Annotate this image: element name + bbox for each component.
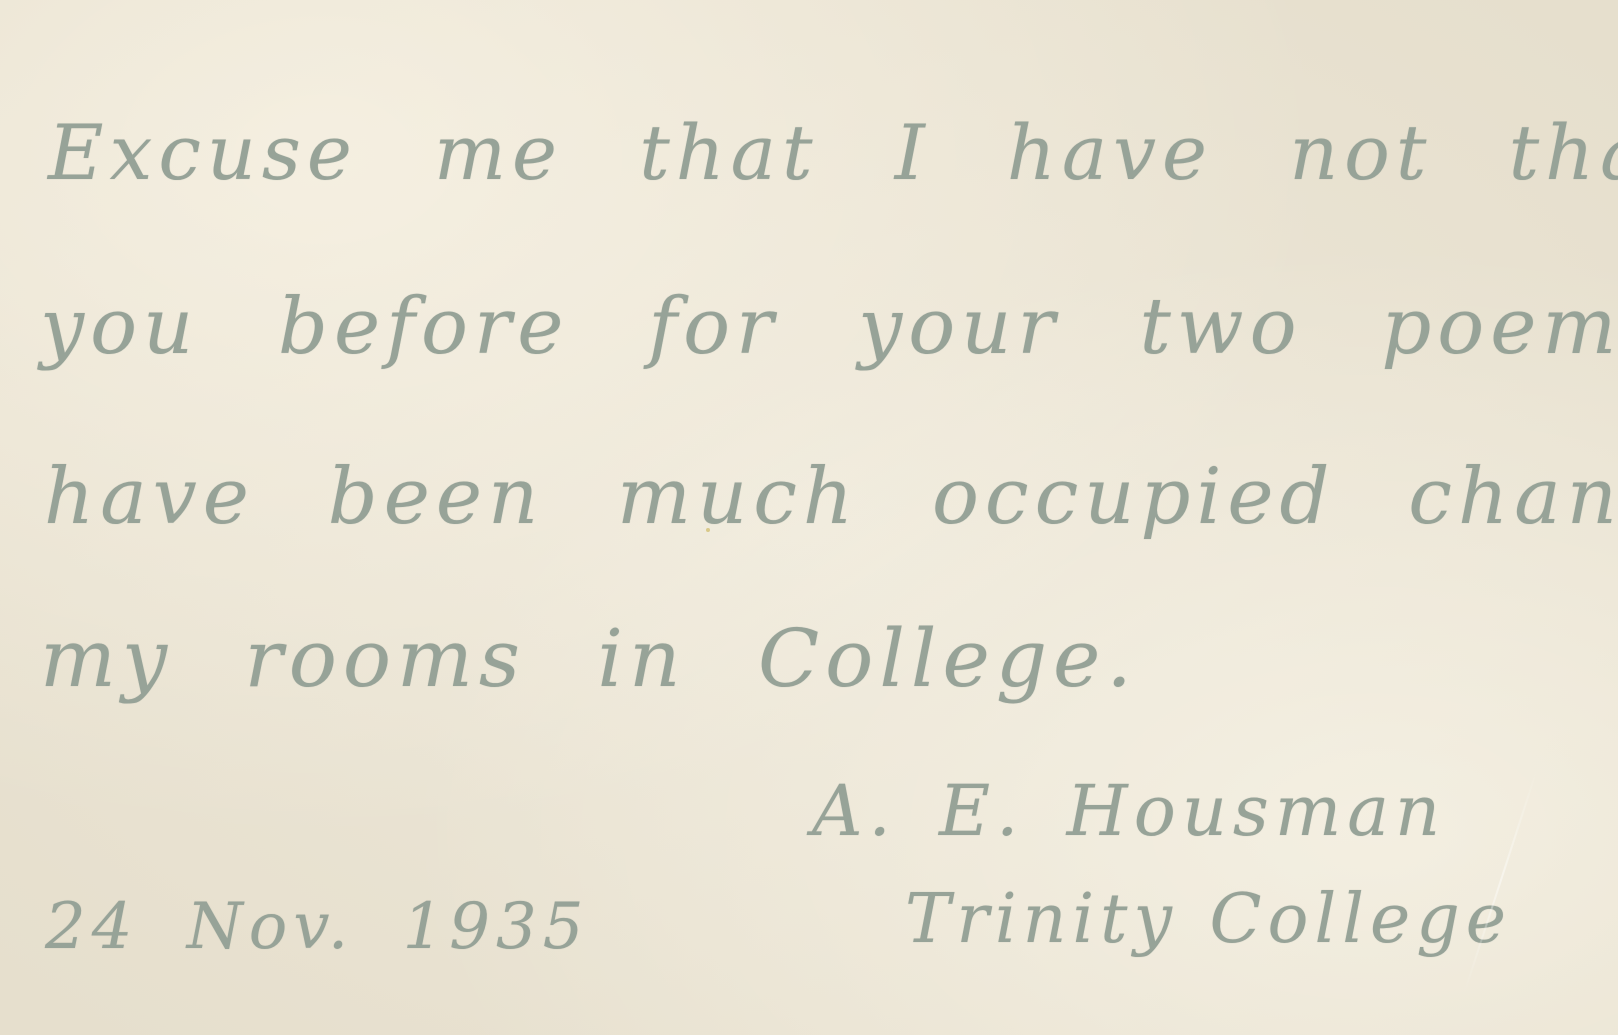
signature: A. E. Housman bbox=[812, 770, 1446, 852]
paper-speck bbox=[706, 528, 710, 532]
letter-date: 24 Nov. 1935 bbox=[45, 890, 589, 964]
sender-address: Trinity College bbox=[905, 880, 1512, 959]
letter-line-1: Excuse me that I have not thanked bbox=[48, 108, 1618, 197]
letter-line-2: you before for your two poems. I bbox=[40, 282, 1618, 372]
faded-stamp-mark bbox=[110, 65, 310, 89]
letter-line-4: my rooms in College. bbox=[40, 612, 1138, 705]
postcard: Excuse me that I have not thanked you be… bbox=[0, 0, 1618, 1035]
letter-line-3: have been much occupied changing bbox=[44, 452, 1618, 542]
